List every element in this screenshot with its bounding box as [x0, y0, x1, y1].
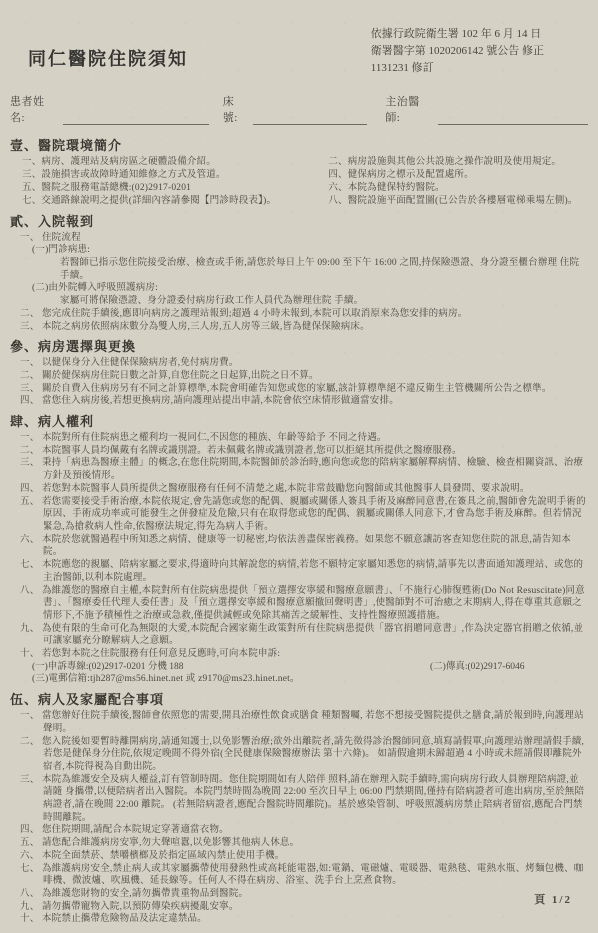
physician-label: 主治醫師: [385, 93, 434, 125]
environment-right-column: 二、病房設施與其他公共設施之操作說明及使用規定。 四、健保病房之標示及配置處所。… [316, 156, 588, 208]
notice-item: 十、 本院禁止攜帶危險物品及法定違禁品。 [10, 913, 588, 926]
notice-item: 五、醫院之服務電話總機:(02)2917-0201 [10, 182, 316, 195]
authority-line: 1131231 修訂 [371, 60, 544, 77]
notice-item: 八、 為維護您財物的安全,請勿攜帶貴重物品到醫院。 [10, 888, 588, 901]
notice-item: 一、 本院對所有住院病患之權利均一視同仁,不因您的種族、年齡等給予 不同之待遇。 [10, 432, 588, 445]
notice-subitem: (一)門診病患: [10, 244, 588, 257]
room-selection-list: 一、 以健保身分入住健保保險病房者,免付病房費。 二、 關於健保病房住院日數之計… [10, 357, 588, 408]
notice-item: 三、設施損害或故障時通知維修之方式及管道。 [10, 169, 316, 182]
notice-item: 三、 秉持「病患為醫療主體」的概念,在您住院期間,本院醫師於診治時,應向您或您的… [10, 457, 588, 482]
physician-field [438, 112, 588, 125]
patient-rights-list: 一、 本院對所有住院病患之權利均一視同仁,不因您的種族、年齡等給予 不同之待遇。… [10, 432, 588, 686]
patient-name-label: 患者姓名: [10, 93, 59, 125]
environment-two-column-list: 一、病房、護理站及病房區之硬體設備介紹。 三、設施損害或故障時通知維修之方式及管… [10, 156, 588, 208]
notice-item: 六、 本院於您就醫過程中所知悉之病情、健康等一切秘密,均依法善盡保密義務。如果您… [10, 534, 588, 559]
notice-item: 一、 以健保身分入住健保保險病房者,免付病房費。 [10, 357, 588, 370]
notice-item: 五、 若您需要接受手術治療,本院依規定,會先請您或您的配偶、親屬或關係人簽具手術… [10, 496, 588, 534]
notice-item: 九、 請勿攜帶寵物入院,以預防傳染疾病擾亂安寧。 [10, 901, 588, 914]
notice-item: 一、 當您辦好住院手續後,醫師會依照您的需要,開具治療性飲食或膳食 種類醫囑, … [10, 710, 588, 735]
page-title: 同仁醫院住院須知 [28, 45, 188, 71]
environment-left-column: 一、病房、護理站及病房區之硬體設備介紹。 三、設施損害或故障時通知維修之方式及管… [10, 156, 316, 208]
notice-item: 四、 當您住入病房後,若想更換病房,請向護理站提出申請,本院會依空床情形做適當安… [10, 395, 588, 408]
notice-subitem-body: 若醫師已指示您住院接受治療、檢查或手術,請您於每日上午 09:00 至下午 16… [10, 257, 588, 282]
patient-info-row: 患者姓名: 床號: 主治醫師: [10, 93, 588, 125]
notice-item: 七、 為維護病房安全,禁止病人或其家屬攜帶使用發熱性或高耗能電器,如:電鍋、電磁… [10, 863, 588, 888]
cooperation-list: 一、 當您辦好住院手續後,醫師會依照您的需要,開具治療性飲食或膳食 種類醫囑, … [10, 710, 588, 926]
notice-item: 九、 為使有限的生命可化為無限的大愛,本院配合國家衛生政策對所有住院病患提供「器… [10, 623, 588, 648]
notice-item: 六、本院為健保特約醫院。 [316, 182, 588, 195]
section-title-patient-rights: 肆、病人權利 [10, 411, 588, 430]
notice-item: 八、 為維護您的醫療自主權,本院對所有住院病患提供「預立選擇安寧緩和醫療意願書」… [10, 585, 588, 623]
page-number: 頁 1/2 [534, 891, 572, 907]
document-header: 同仁醫院住院須知 依據行政院衛生署 102 年 6 月 14 日 衛署醫字第 1… [10, 26, 588, 77]
notice-item: 四、健保病房之標示及配置處所。 [316, 169, 588, 182]
authority-line: 依據行政院衛生署 102 年 6 月 14 日 [371, 26, 544, 43]
section-title-environment: 壹、醫院環境簡介 [10, 135, 588, 154]
notice-item: 四、 若您對本院醫事人員所提供之醫療服務有任何不清楚之處,本院非常鼓勵您向醫師或… [10, 483, 588, 496]
notice-item: 十、 若您對本院之住院服務有任何意見反應時,可向本院申訴: [10, 648, 588, 661]
notice-item: 四、 您住院期間,請配合本院規定穿著適當衣物。 [10, 824, 588, 837]
section-title-room-selection: 參、病房選擇與更換 [10, 336, 588, 355]
bed-number-field [253, 112, 367, 125]
section-title-admission: 貳、入院報到 [10, 211, 588, 230]
notice-subitem: (二)由外院轉入呼吸照護病房: [10, 282, 588, 295]
admission-list: 一、 住院流程 (一)門診病患: 若醫師已指示您住院接受治療、檢查或手術,請您於… [10, 232, 588, 334]
notice-item: 六、 本院全面禁菸、禁嚼檳榔及於指定區域內禁止使用手機。 [10, 850, 588, 863]
authority-line: 衛署醫字第 1020206142 號公告 修正 [371, 43, 544, 60]
notice-item: 三、 本院為維護安全及病人權益,訂有管制時間。您住院期間如有人陪伴 照料,請在辦… [10, 774, 588, 825]
notice-item: 三、 本院之病房依照病床數分為雙人房,三人房,五人房等三級,皆為健保保險病床。 [10, 321, 588, 334]
notice-item: 五、 請您配合維護病房安寧,勿大聲喧囂,以免影響其他病人休息。 [10, 837, 588, 850]
notice-item: 二、 本院醫事人員均佩戴有名牌或識別證。若未佩戴名牌或識別證者,您可以拒絕其所提… [10, 445, 588, 458]
patient-name-field [63, 112, 209, 125]
notice-item: 七、交通路線說明之提供(詳細內容請參閱【門診時段表】)。 [10, 195, 316, 208]
notice-subitem-body: 家屬可將保險憑證、身分證委付病房行政工作人員代為辦理住院 手續。 [10, 295, 588, 308]
notice-item: 三、 關於自費入住病房另有不同之計算標準,本院會明確告知您或您的家屬,該計算標準… [10, 383, 588, 396]
notice-item: 二、病房設施與其他公共設施之操作說明及使用規定。 [316, 156, 588, 169]
authority-reference: 依據行政院衛生署 102 年 6 月 14 日 衛署醫字第 1020206142… [371, 26, 544, 77]
section-title-cooperation: 伍、病人及家屬配合事項 [10, 689, 588, 708]
complaint-hotline: (一)申訴專線:(02)2917-0201 分機 188 [32, 661, 430, 674]
notice-item: 二、 您完成住院手續後,應即向病房之護理站報到;超過 4 小時未報到,本院可以取… [10, 308, 588, 321]
notice-item: 一、病房、護理站及病房區之硬體設備介紹。 [10, 156, 316, 169]
bed-number-label: 床號: [223, 93, 249, 125]
notice-item: 一、 住院流程 [10, 232, 588, 245]
notice-item: 二、 您入院後如要暫時離開病房,請通知護士,以免影響治療;欲外出離院者,請先徵得… [10, 736, 588, 774]
complaint-fax: (二)傳真:(02)2917-6046 [430, 661, 524, 674]
complaint-email: (三)電郵信箱:tjh287@ms56.hinet.net 或 z9170@ms… [10, 673, 588, 686]
notice-item: 七、 本院應您的親屬、陪病家屬之要求,得適時向其解說您的病情,若您不願特定家屬知… [10, 559, 588, 584]
notice-item: 二、 關於健保病房住院日數之計算,自您住院之日起算,出院之日不算。 [10, 370, 588, 383]
complaint-contact-row: (一)申訴專線:(02)2917-0201 分機 188 (二)傳真:(02)2… [10, 661, 588, 674]
notice-item: 八、醫院設施平面配置圖(已公告於各樓層電梯乘場左側)。 [316, 195, 588, 208]
scanned-document-page: 同仁醫院住院須知 依據行政院衛生署 102 年 6 月 14 日 衛署醫字第 1… [0, 0, 598, 933]
